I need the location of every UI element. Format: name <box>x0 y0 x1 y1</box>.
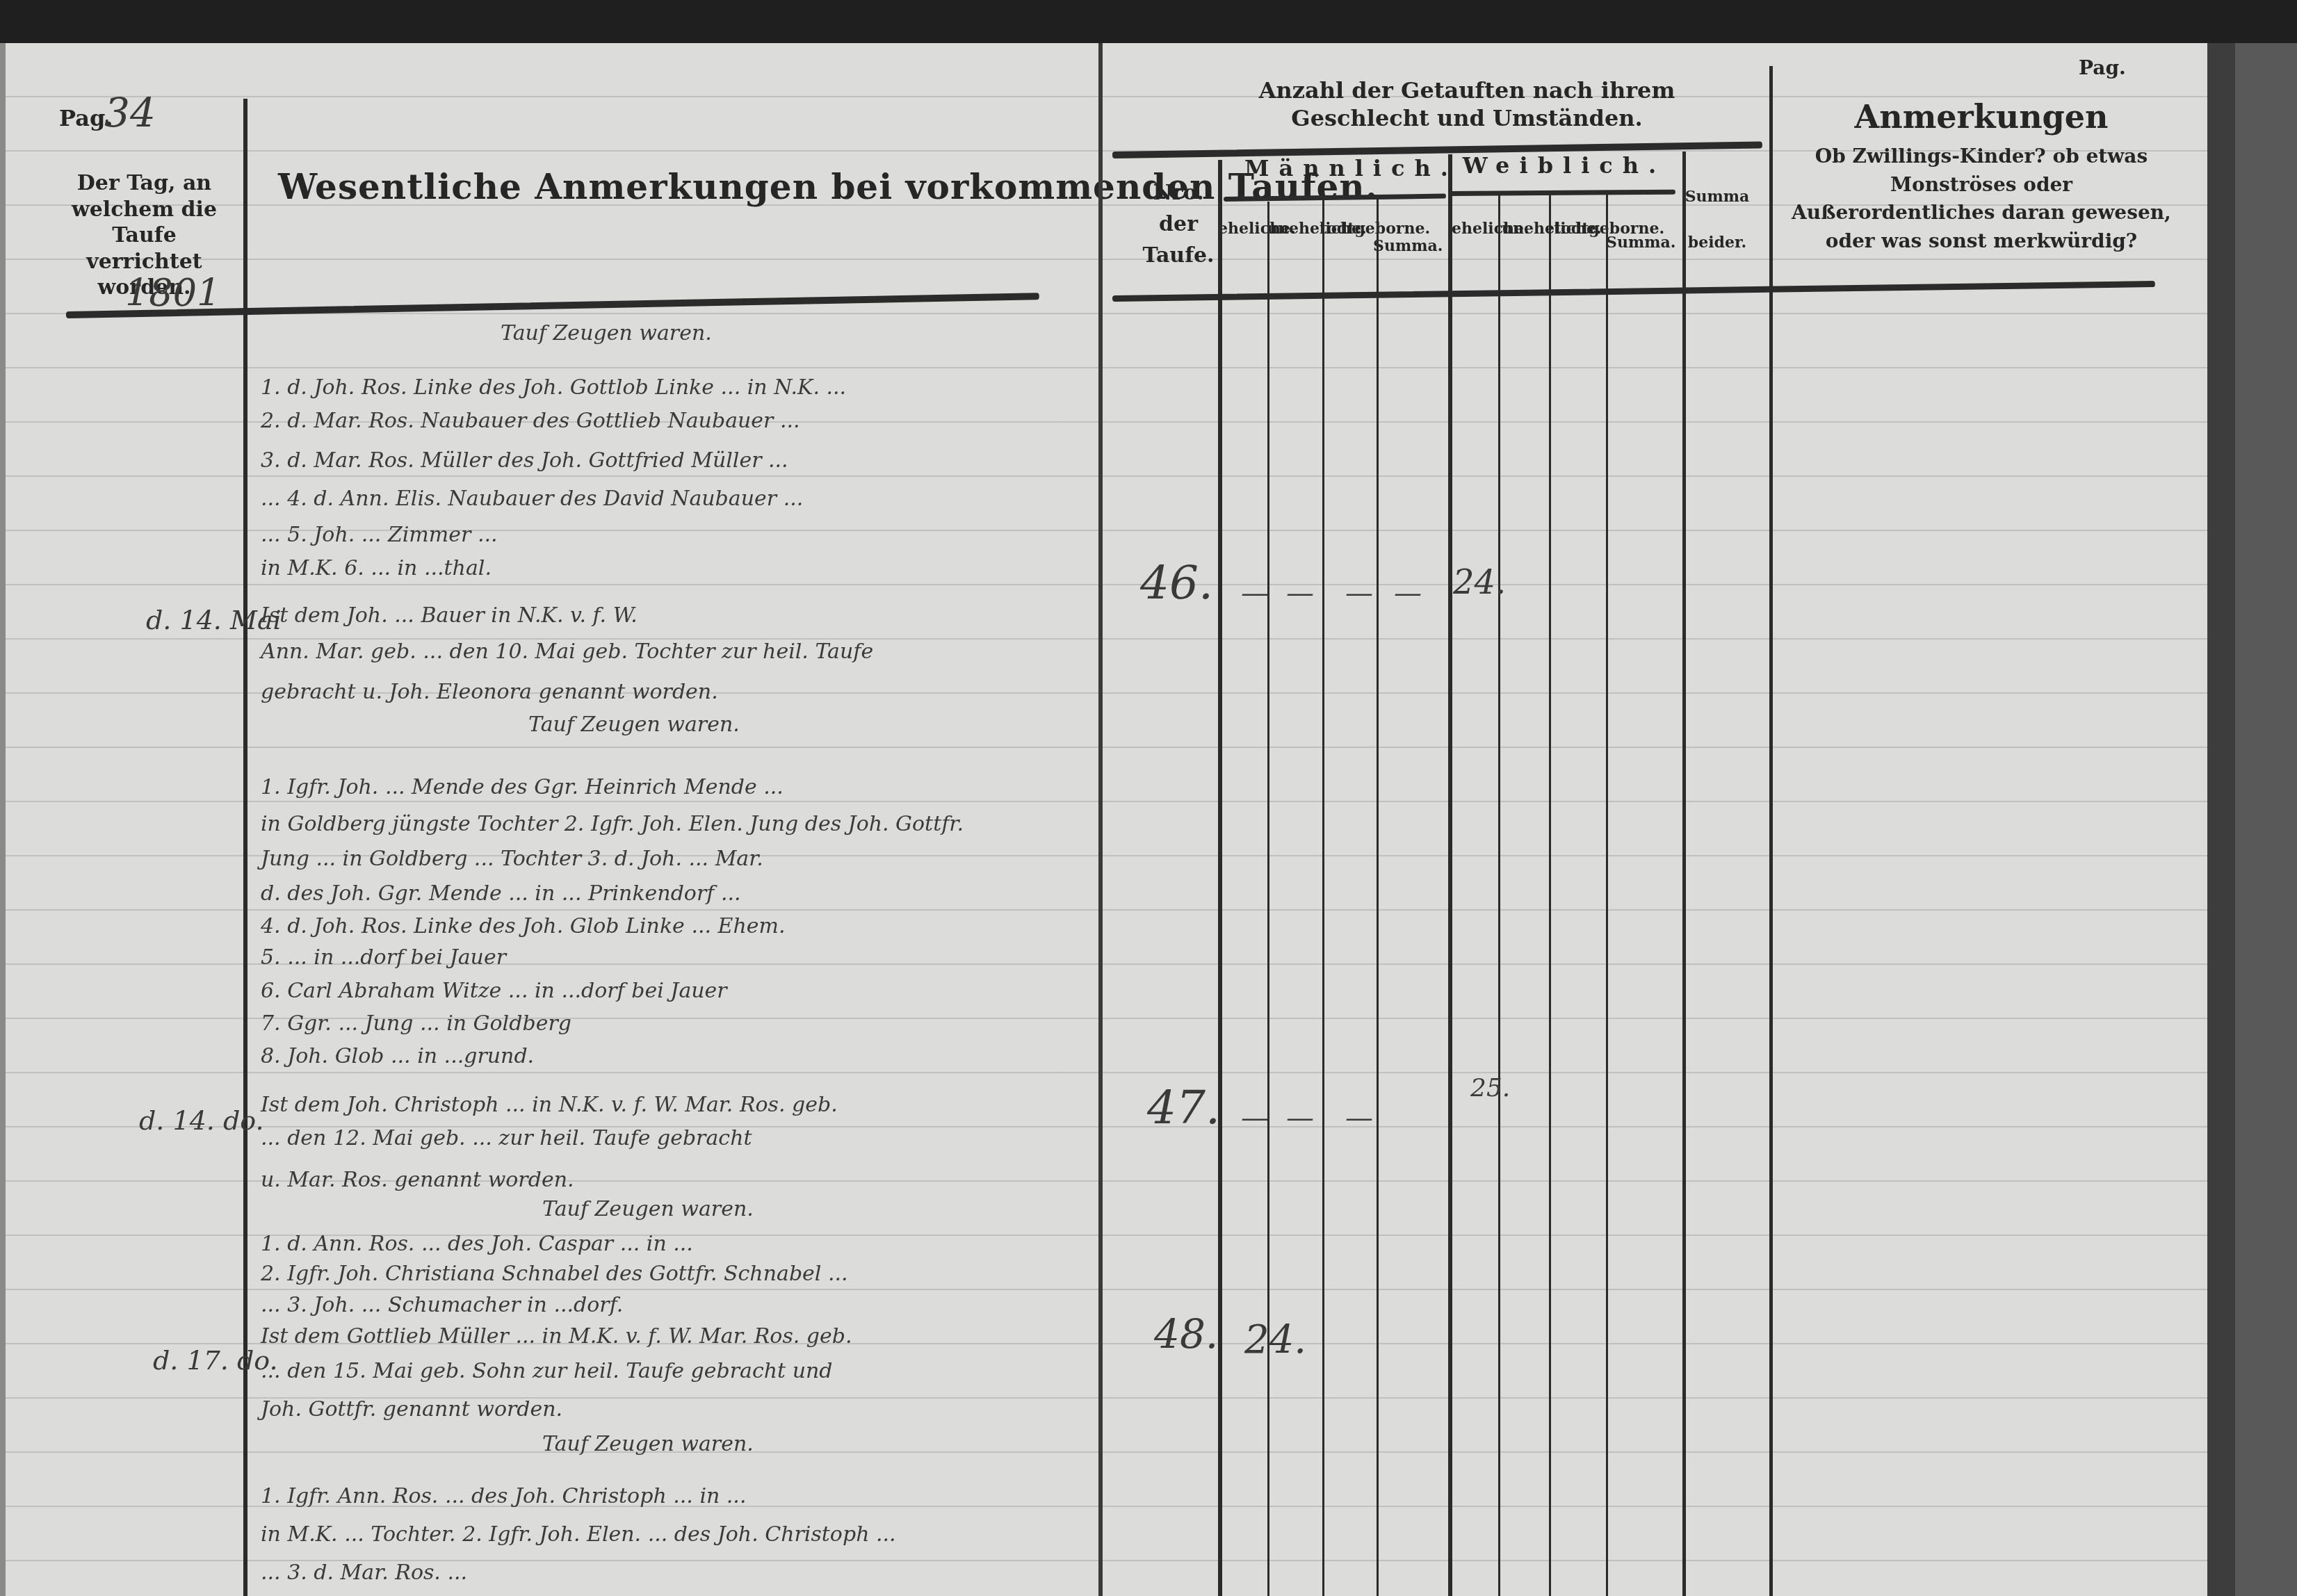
book-cover <box>2235 43 2297 1596</box>
col-divider-m3 <box>1377 199 1379 1596</box>
nro-line: der <box>1140 209 1217 240</box>
entry-line: 1. d. Ann. Ros. ... des Joh. Caspar ... … <box>261 1232 693 1256</box>
page-gutter <box>1098 43 1103 1596</box>
entry-line: ... den 12. Mai geb. ... zur heil. Taufe… <box>261 1126 752 1150</box>
entry-line: in M.K. ... Tochter. 2. Igfr. Joh. Elen.… <box>261 1522 896 1547</box>
page-label-right: Pag. <box>2079 56 2126 80</box>
entry-line: 1. Igfr. Joh. ... Mende des Ggr. Heinric… <box>261 775 784 799</box>
nro-header: Nro. der Taufe. <box>1140 177 1217 271</box>
entry-line: in Goldberg jüngste Tochter 2. Igfr. Joh… <box>261 812 964 836</box>
entry-line: Ist dem Gottlieb Müller ... in M.K. v. f… <box>261 1324 852 1349</box>
nro-cell: 46. <box>1140 556 1213 610</box>
entry-line: Tauf Zeugen waren. <box>542 1432 754 1456</box>
entry-line: u. Mar. Ros. genannt worden. <box>261 1168 574 1192</box>
entry-line: ... 3. d. Mar. Ros. ... <box>261 1561 467 1585</box>
sum-both-line: Summa <box>1682 174 1752 220</box>
entry-line: 1. Igfr. Ann. Ros. ... des Joh. Christop… <box>261 1484 746 1508</box>
male-label: Männlich. <box>1244 154 1439 182</box>
entry-line: ... 5. Joh. ... Zimmer ... <box>261 523 498 547</box>
entry-line: Tauf Zeugen waren. <box>501 321 712 345</box>
entry-line: Joh. Gottfr. genannt worden. <box>261 1397 562 1422</box>
col-divider-remarks <box>1769 66 1773 1596</box>
entry-line: 3. d. Mar. Ros. Müller des Joh. Gottfrie… <box>261 448 788 473</box>
col-divider-male-female <box>1448 154 1452 1596</box>
nro-line: Taufe. <box>1140 240 1217 271</box>
col-divider-m2 <box>1322 200 1324 1596</box>
female-summa-header: Summa. <box>1606 226 1675 259</box>
male-uneheliche-cell: — <box>1286 1102 1314 1134</box>
col-divider-f2 <box>1549 195 1551 1596</box>
entry-date: d. 17. do. <box>153 1345 278 1376</box>
male-todtgeborne-header: todtgeborne. <box>1320 212 1370 245</box>
female-eheliche-header: eheliche. <box>1452 212 1499 245</box>
entry-date: d. 14. do. <box>139 1105 264 1136</box>
female-eheliche-cell: 24. <box>1453 563 1506 602</box>
male-uneheliche-cell: — <box>1286 577 1314 609</box>
male-uneheliche-header: uneheliche. <box>1267 212 1317 245</box>
sum-both-line: beider. <box>1682 220 1752 266</box>
nro-cell: 48. <box>1154 1310 1218 1358</box>
male-summa-cell: — <box>1394 577 1422 609</box>
female-uneheliche-header: uneheliche. <box>1502 212 1552 245</box>
col-divider-f3 <box>1606 192 1608 1596</box>
nro-line: Nro. <box>1140 177 1217 209</box>
male-eheliche-cell: 24. <box>1244 1317 1306 1362</box>
page-left-edge <box>0 43 6 1596</box>
entry-line: Jung ... in Goldberg ... Tochter 3. d. J… <box>261 847 763 871</box>
entry-line: 4. d. Joh. Ros. Linke des Joh. Glob Link… <box>261 914 785 938</box>
col-divider-nro <box>1218 160 1222 1596</box>
entry-line: 8. Joh. Glob ... in ...grund. <box>261 1044 534 1068</box>
female-todtgeborne-header: todtgeborne. <box>1554 212 1604 245</box>
nro-cell: 47. <box>1147 1081 1220 1134</box>
col-divider-f1 <box>1498 195 1500 1596</box>
entry-line: 6. Carl Abraham Witze ... in ...dorf bei… <box>261 979 727 1003</box>
entry-line: Ist dem Joh. Christoph ... in N.K. v. f.… <box>261 1093 838 1117</box>
male-summa-header: Summa. <box>1373 229 1443 263</box>
male-todtgeborne-cell: — <box>1345 1102 1373 1134</box>
entry-line: 5. ... in ...dorf bei Jauer <box>261 945 506 970</box>
entry-line: Tauf Zeugen waren. <box>528 712 740 737</box>
entry-line: ... den 15. Mai geb. Sohn zur heil. Tauf… <box>261 1359 833 1383</box>
entry-line: 1. d. Joh. Ros. Linke des Joh. Gottlob L… <box>261 375 846 400</box>
sum-both-header: Summa beider. <box>1682 174 1752 266</box>
entry-line: in M.K. 6. ... in ...thal. <box>261 556 492 580</box>
entry-line: 2. Igfr. Joh. Christiana Schnabel des Go… <box>261 1262 848 1286</box>
entry-line: 2. d. Mar. Ros. Naubauer des Gottlieb Na… <box>261 409 800 433</box>
entry-line: ... 4. d. Ann. Elis. Naubauer des David … <box>261 487 803 511</box>
remarks-title: Anmerkungen <box>1794 97 2169 138</box>
entry-line: Ist dem Joh. ... Bauer in N.K. v. f. W. <box>261 603 638 628</box>
page-number: 34 <box>104 89 156 136</box>
female-eheliche-cell: 25. <box>1470 1074 1510 1102</box>
male-eheliche-cell: — <box>1241 577 1269 609</box>
male-eheliche-cell: — <box>1241 1102 1269 1134</box>
entry-line: d. des Joh. Ggr. Mende ... in ... Prinke… <box>261 881 741 906</box>
male-todtgeborne-cell: — <box>1345 577 1373 609</box>
entry-line: Tauf Zeugen waren. <box>542 1197 754 1221</box>
entry-line: gebracht u. Joh. Eleonora genannt worden… <box>261 680 718 704</box>
female-label: Weiblich. <box>1460 152 1669 179</box>
scanner-top-border <box>0 0 2297 43</box>
col-divider-sum <box>1682 152 1686 1596</box>
remarks-question: Ob Zwillings-Kinder? ob etwas Monströses… <box>1787 142 2176 255</box>
entry-line: Ann. Mar. geb. ... den 10. Mai geb. Toch… <box>261 640 873 664</box>
entry-line: 7. Ggr. ... Jung ... in Goldberg <box>261 1011 571 1036</box>
col-divider-m1 <box>1267 202 1269 1596</box>
count-title: Anzahl der Getauften nach ihrem Geschlec… <box>1196 76 1738 132</box>
entry-line: ... 3. Joh. ... Schumacher in ...dorf. <box>261 1293 623 1317</box>
book-binding <box>2207 43 2235 1596</box>
male-eheliche-header: eheliche. <box>1218 212 1265 245</box>
